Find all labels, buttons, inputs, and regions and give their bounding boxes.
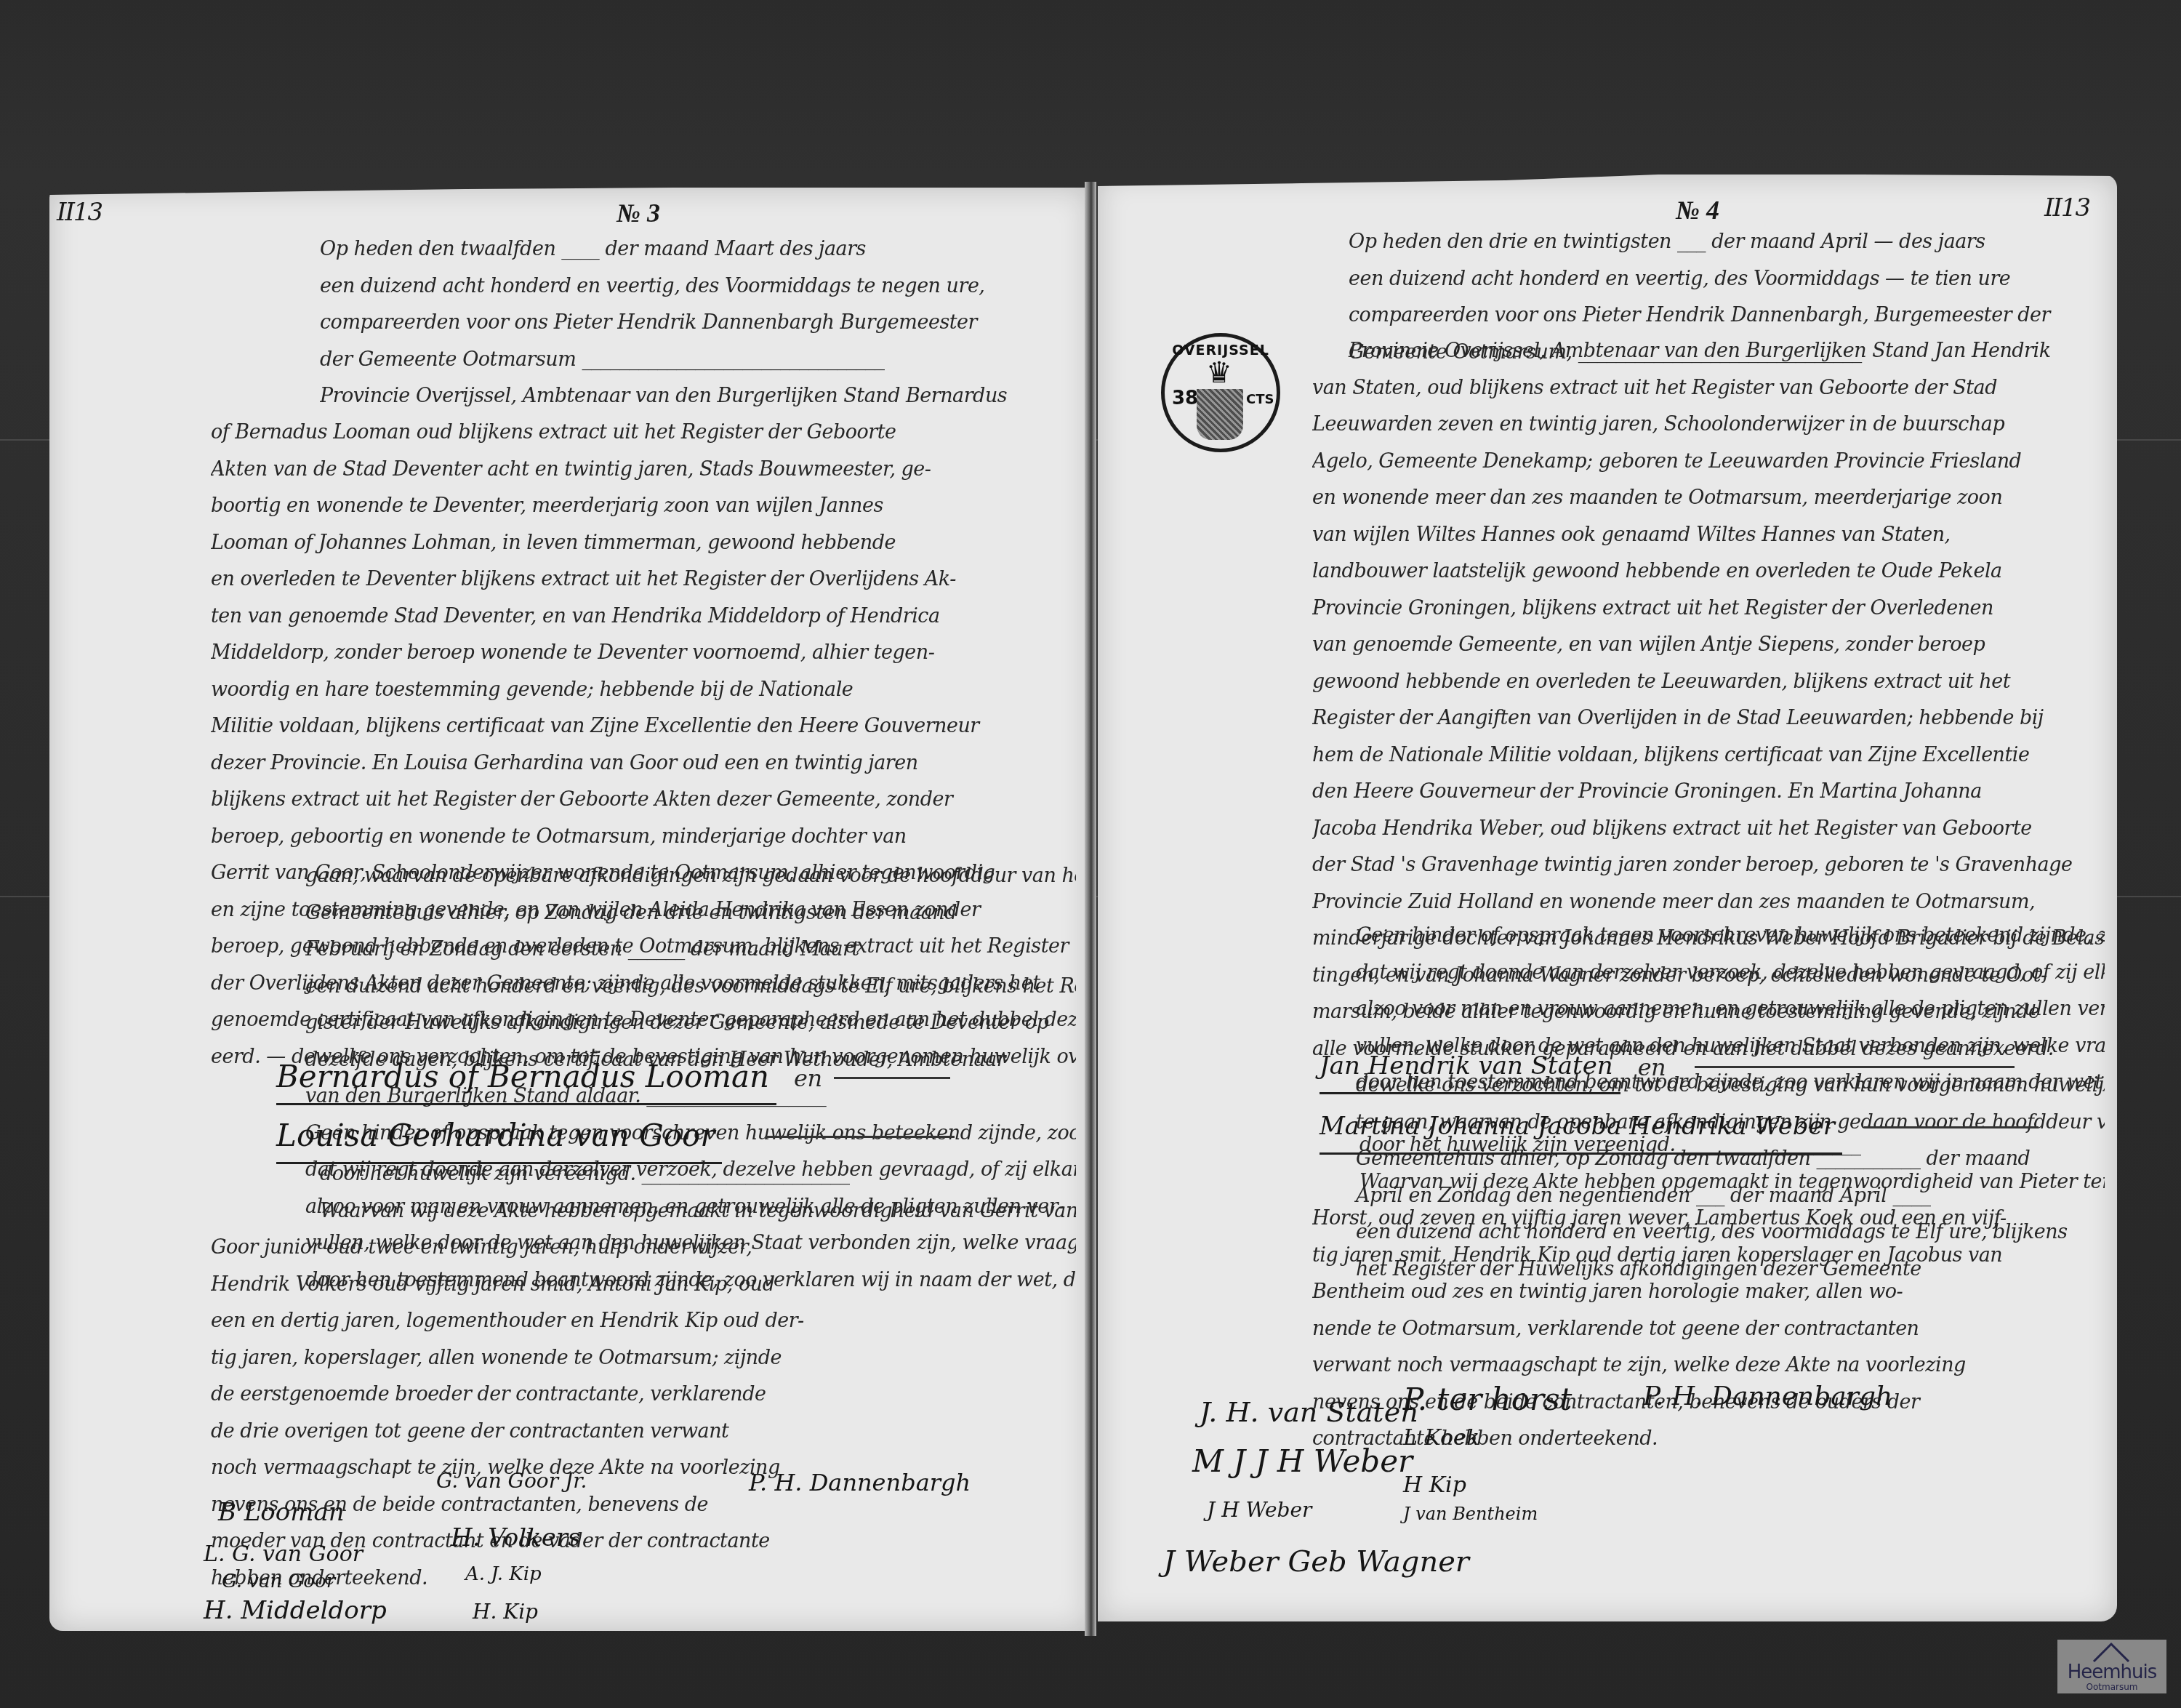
text-line: Provincie Overijssel, Ambtenaar van den … (320, 378, 1076, 415)
left-acte-number: № 3 (616, 198, 660, 228)
text-line: nende te Ootmarsum, verklarende tot geen… (1312, 1311, 2105, 1348)
text-line: Militie voldaan, blijkens certificaat va… (211, 708, 1076, 745)
signature: J Weber Geb Wagner (1163, 1545, 1469, 1579)
text-line: Op heden den twaalfden ____ der maand Ma… (320, 231, 1076, 268)
text-line: blijkens extract uit het Register der Ge… (211, 782, 1076, 819)
text-line: beroep, geboortig en wonende te Ootmarsu… (211, 819, 1076, 856)
text-line: compareerden voor ons Pieter Hendrik Dan… (320, 305, 1076, 342)
text-line: landbouwer laatstelijk gewoond hebbende … (1312, 553, 2105, 590)
text-line: gister der Huwelijks afkondigingen dezer… (305, 1005, 1076, 1042)
signature: J. H. van Staten (1200, 1396, 1418, 1428)
text-line: van genoemde Gemeente, en van wijlen Ant… (1312, 627, 2105, 664)
stamp-number: 38 (1172, 388, 1198, 409)
text-line: een duizend acht honderd en veertig, des… (1349, 261, 2105, 298)
text-line: woordig en hare toestemming gevende; heb… (211, 672, 1076, 709)
text-line: Agelo, Gemeente Denekamp; geboren te Lee… (1312, 444, 2105, 481)
text-line: Jacoba Hendrika Weber, oud blijkens extr… (1312, 811, 2105, 848)
text-line: boortig en wonende te Deventer, meerderj… (211, 488, 1076, 525)
text-line: compareerden voor ons Pieter Hendrik Dan… (1349, 297, 2105, 334)
overijssel-stamp: OVERIJSSEL ♛ 38 CTS (1161, 333, 1280, 452)
text-line: ten van genoemde Stad Deventer, en van H… (211, 598, 1076, 636)
signature: J van Bentheim (1403, 1504, 1538, 1524)
text-line: der Stad 's Gravenhage twintig jaren zon… (1312, 847, 2105, 884)
left-closing: door het huwelijk zijn vereenigd. ______… (211, 1156, 1076, 1597)
text-line: gaan, waarvan de openbare afkondigingen … (305, 858, 1076, 895)
text-line: Op heden den drie en twintigsten ___ der… (1349, 224, 2105, 261)
text-line: gewoond hebbende en overleden te Leeuwar… (1312, 664, 2105, 701)
signature: G. van Goor Jr. (436, 1469, 587, 1493)
signature: H Kip (1403, 1472, 1466, 1498)
text-line: door het huwelijk zijn vereenigd. ______… (211, 1156, 1076, 1193)
signature: L. G. van Goor (204, 1541, 363, 1567)
text-line: de eerstgenoemde broeder der contractant… (211, 1376, 1076, 1414)
right-folio-number: II13 (2044, 193, 2089, 222)
left-folio-number: II13 (57, 198, 102, 227)
text-line: dat wij regt doende aan derzelver verzoe… (1356, 955, 2105, 992)
text-line: Horst, oud zeven en vijftig jaren wever,… (1312, 1200, 2105, 1238)
groom-name: Bernardus of Bernadus Looman (276, 1051, 776, 1105)
book-gutter (1085, 182, 1096, 1636)
text-line: door het huwelijk zijn vereenigd. ______… (1312, 1127, 2105, 1164)
signature: L Koek (1403, 1425, 1479, 1451)
connector-text: en (794, 1065, 822, 1092)
text-line: Februarij en Zondag den eersten ______ d… (305, 931, 1076, 969)
groom-name: Jan Hendrik van Staten (1320, 1040, 1620, 1094)
crown-icon: ♛ (1197, 358, 1242, 388)
signature: P. H. Dannenbargh (1643, 1382, 1892, 1411)
text-line: een duizend acht honderd en veertig, des… (320, 268, 1076, 305)
text-line: Waarvan wij deze Akte hebben opgemaakt i… (211, 1193, 1076, 1230)
signature: A. J. Kip (465, 1563, 542, 1585)
text-line: alzoo voor man en vrouw aannemen, en get… (1356, 991, 2105, 1028)
signature: G. van Goor (222, 1571, 335, 1592)
filler-dash (834, 1077, 950, 1079)
signature: H. Middeldorp (204, 1596, 387, 1625)
text-line: van Staten, oud blijkens extract uit het… (1312, 370, 2105, 407)
heemhuis-watermark-logo: Heemhuis Ootmarsum (2057, 1640, 2166, 1693)
watermark-subtitle: Ootmarsum (2057, 1682, 2166, 1692)
text-line: Provincie Zuid Holland en wonende meer d… (1312, 884, 2105, 921)
shield-icon (1197, 389, 1243, 440)
signature: P. ter horst (1403, 1382, 1572, 1417)
text-line: dezer Provincie. En Louisa Gerhardina va… (211, 745, 1076, 782)
signature: M J J H Weber (1192, 1443, 1413, 1479)
text-line: Looman of Johannes Lohman, in leven timm… (211, 525, 1076, 562)
stamp-suffix: CTS (1246, 392, 1274, 407)
text-line: Geen hinder of opspraak tegen voorschrev… (1356, 918, 2105, 955)
signature: H. Volkers (451, 1523, 580, 1552)
text-line: en wonende meer dan zes maanden te Ootma… (1312, 480, 2105, 517)
text-line: van wijlen Wiltes Hannes ook genaamd Wil… (1312, 517, 2105, 554)
filler-dash (1695, 1066, 2015, 1068)
text-line: de drie overigen tot geene der contracta… (211, 1414, 1076, 1451)
text-line: Provincie Overijssel, Ambtenaar van den … (1312, 333, 2105, 370)
connector-text: en (1638, 1054, 1666, 1081)
text-line: Leeuwarden zeven en twintig jaren, Schoo… (1312, 406, 2105, 444)
text-line: Hendrik Volkers oud vijftig jaren smid, … (211, 1267, 1076, 1304)
text-line: hem de Nationale Militie voldaan, blijke… (1312, 737, 2105, 774)
left-acte-body: Op heden den twaalfden ____ der maand Ma… (320, 231, 1076, 415)
text-line: of Bernadus Looman oud blijkens extract … (211, 414, 1076, 452)
house-roof-icon (2091, 1641, 2132, 1663)
text-line: Goor junior oud twee en twintig jaren, h… (211, 1230, 1076, 1267)
signature: J H Weber (1207, 1498, 1312, 1522)
text-line: der Gemeente Ootmarsum _________________… (320, 342, 1076, 379)
text-line: den Heere Gouverneur der Provincie Groni… (1312, 774, 2105, 811)
left-couple-names: Bernardus of Bernadus Looman en Louisa G… (276, 1051, 955, 1164)
right-acte-number: № 4 (1676, 195, 1719, 225)
watermark-title: Heemhuis (2057, 1661, 2166, 1683)
text-line: en overleden te Deventer blijkens extrac… (211, 561, 1076, 598)
text-line: tig jaren smit, Hendrik Kip oud dertig j… (1312, 1238, 2105, 1275)
text-line: verwant noch vermaagschapt te zijn, welk… (1312, 1347, 2105, 1384)
text-line: Gemeentehuis alhier, op Zondag den drie … (305, 895, 1076, 932)
text-line: Middeldorp, zonder beroep wonende te Dev… (211, 635, 1076, 672)
text-line: een duizend acht honderd en veertig, des… (305, 969, 1076, 1006)
signature: H. Kip (473, 1600, 538, 1624)
signature: B Looman (218, 1498, 345, 1527)
text-line: tig jaren, koperslager, allen wonende te… (211, 1340, 1076, 1377)
text-line: Provincie Groningen, blijkens extract ui… (1312, 590, 2105, 628)
text-line: Register der Aangiften van Overlijden in… (1312, 700, 2105, 737)
text-line: Bentheim oud zes en twintig jaren horolo… (1312, 1274, 2105, 1311)
text-line: Akten van de Stad Deventer acht en twint… (211, 452, 1076, 489)
filler-dash (766, 1136, 955, 1138)
text-line: Waarvan wij deze Akte hebben opgemaakt i… (1312, 1164, 2105, 1201)
text-line: een en dertig jaren, logementhouder en H… (211, 1303, 1076, 1340)
signature: P. H. Dannenbargh (749, 1469, 971, 1496)
